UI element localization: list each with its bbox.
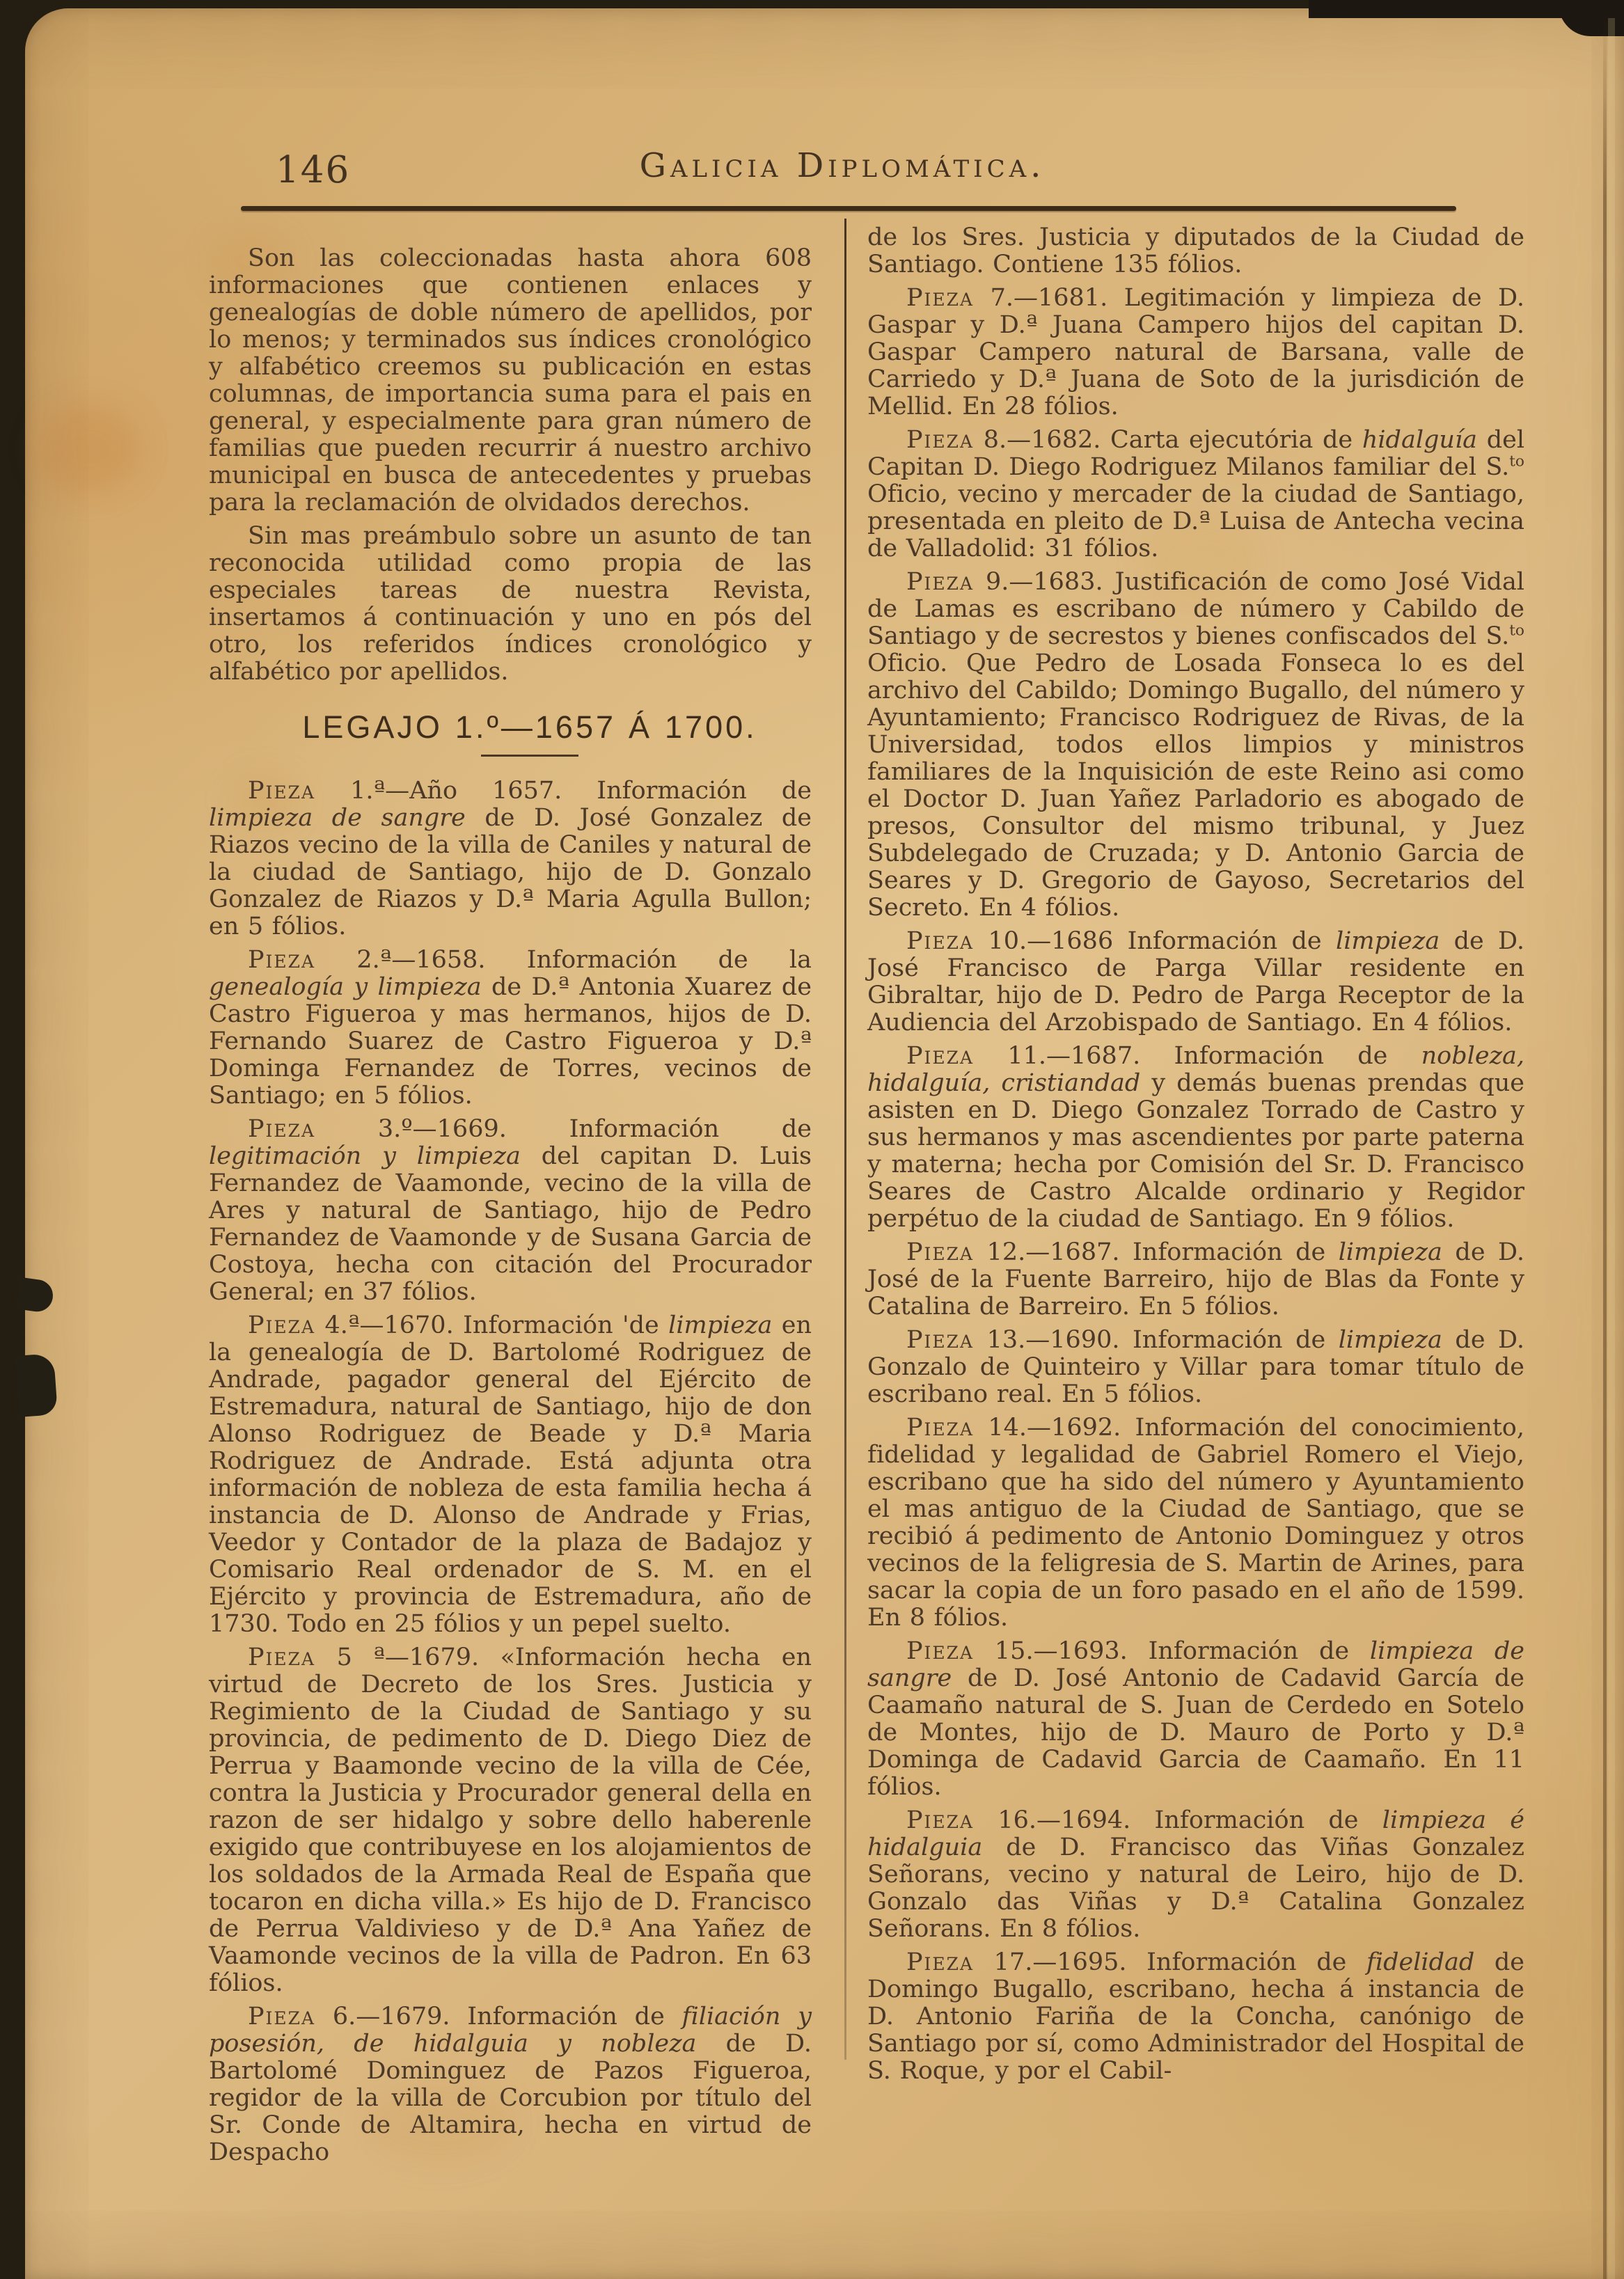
pieza-label: Pieza: [906, 1238, 974, 1266]
pieza-entry-10: Pieza 10.—1686 Información de limpieza d…: [867, 928, 1524, 1036]
pieza-label: Pieza: [906, 927, 974, 955]
right-column: de los Sres. Justicia y diputados de la …: [867, 224, 1524, 2085]
pieza-text: 9.—1683. Justificación de como José Vida…: [867, 568, 1524, 922]
pieza-entry-15: Pieza 15.—1693. Información de limpieza …: [867, 1638, 1524, 1801]
pieza-label: Pieza: [248, 1311, 315, 1339]
pieza-label: Pieza: [248, 1643, 315, 1671]
pieza-text: 11.—1687. Información de nobleza, hidalg…: [867, 1042, 1524, 1233]
pieza-label: Pieza: [906, 1326, 974, 1354]
pieza-entry-13: Pieza 13.—1690. Información de limpieza …: [867, 1327, 1524, 1408]
pieza-entry-8: Pieza 8.—1682. Carta ejecutória de hidal…: [867, 427, 1524, 562]
pieza-entry-5: Pieza 5 ª—1679. «Información hecha en vi…: [209, 1644, 812, 1997]
pieza-label: Pieza: [906, 1637, 974, 1665]
intro-paragraph-1: Son las coleccionadas hasta ahora 608 in…: [209, 245, 812, 516]
pieza-entry-2: Pieza 2.ª—1658. Información de la geneal…: [209, 947, 812, 1110]
intro-paragraph-2: Sin mas preámbulo sobre un asunto de tan…: [209, 523, 812, 686]
pieza-entry-11: Pieza 11.—1687. Información de nobleza, …: [867, 1043, 1524, 1233]
pieza-entry-9: Pieza 9.—1683. Justificación de como Jos…: [867, 569, 1524, 922]
pieza-entry-4: Pieza 4.ª—1670. Información 'de limpieza…: [209, 1312, 812, 1638]
pieza-label: Pieza: [906, 1806, 974, 1834]
page-seam-highlight: [1608, 18, 1615, 2279]
continuation-paragraph: de los Sres. Justicia y diputados de la …: [867, 224, 1524, 278]
legajo-heading: LEGAJO 1.º—1657 Á 1700.: [228, 713, 831, 741]
pieza-label: Pieza: [248, 777, 315, 805]
pieza-label: Pieza: [906, 284, 974, 312]
scanned-document-page: { "colors": { "scan_background": "#231d1…: [0, 0, 1624, 2279]
page-seam: [1603, 18, 1607, 2279]
pieza-text: 4.ª—1670. Información 'de limpieza en la…: [209, 1311, 812, 1638]
pieza-entry-6: Pieza 6.—1679. Información de filiación …: [209, 2003, 812, 2166]
pieza-label: Pieza: [906, 568, 974, 596]
pieza-entry-12: Pieza 12.—1687. Información de limpieza …: [867, 1239, 1524, 1320]
pieza-label: Pieza: [906, 1042, 974, 1070]
header-rule: [241, 206, 1456, 211]
pieza-label: Pieza: [248, 946, 315, 974]
pieza-label: Pieza: [906, 426, 974, 454]
pieza-entry-3: Pieza 3.º—1669. Información de legitimac…: [209, 1116, 812, 1306]
pieza-label: Pieza: [248, 2003, 315, 2030]
pieza-text: 3.º—1669. Información de legitimación y …: [209, 1115, 812, 1306]
journal-title: Galicia Diplomática.: [334, 146, 1350, 185]
pieza-entry-7: Pieza 7.—1681. Legitimación y limpieza d…: [867, 285, 1524, 420]
pieza-text: 5 ª—1679. «Información hecha en virtud d…: [209, 1643, 812, 1997]
pieza-label: Pieza: [248, 1115, 315, 1143]
pieza-label: Pieza: [906, 1948, 974, 1976]
pieza-entry-1: Pieza 1.ª—Año 1657. Información de limpi…: [209, 778, 812, 940]
pieza-entry-14: Pieza 14.—1692. Información del conocimi…: [867, 1414, 1524, 1632]
column-divider-rule: [844, 219, 846, 2060]
legajo-heading-rule: [481, 755, 578, 757]
pieza-text: 14.—1692. Información del conocimiento, …: [867, 1414, 1524, 1632]
pieza-entry-17: Pieza 17.—1695. Información de fidelidad…: [867, 1949, 1524, 2085]
pieza-label: Pieza: [906, 1414, 974, 1442]
pieza-entry-16: Pieza 16.—1694. Información de limpieza …: [867, 1807, 1524, 1943]
left-column: Son las coleccionadas hasta ahora 608 in…: [209, 245, 812, 2166]
